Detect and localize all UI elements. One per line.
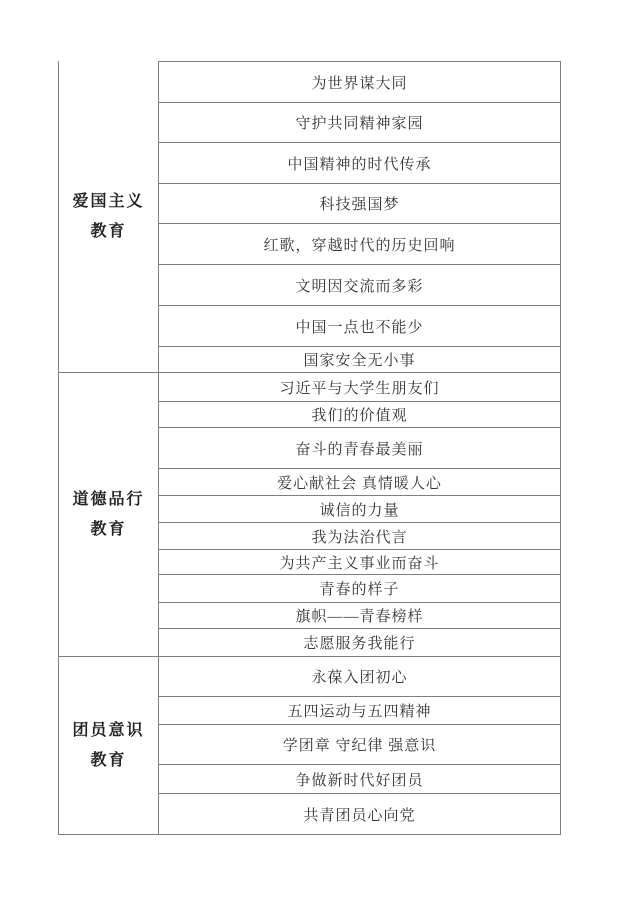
- table-row: 中国精神的时代传承: [159, 143, 560, 184]
- item-text: 奋斗的青春最美丽: [295, 438, 423, 459]
- item-text: 中国一点也不能少: [295, 316, 423, 337]
- item-text: 为世界谋大同: [311, 72, 407, 93]
- section-rows: 为世界谋大同 守护共同精神家园 中国精神的时代传承 科技强国梦 红歌，穿越时代的…: [159, 61, 560, 372]
- item-text: 我为法治代言: [311, 526, 407, 547]
- item-text: 国家安全无小事: [303, 349, 415, 370]
- education-themes-table: 爱国主义 教育 为世界谋大同 守护共同精神家园 中国精神的时代传承 科技强国梦 …: [58, 61, 561, 835]
- table-row: 永葆入团初心: [159, 657, 560, 697]
- table-row: 青春的样子: [159, 575, 560, 603]
- item-text: 爱心献社会 真情暖人心: [277, 472, 442, 493]
- table-row: 旗帜——青春榜样: [159, 603, 560, 629]
- table-row: 共青团员心向党: [159, 794, 560, 834]
- item-text: 共青团员心向党: [303, 804, 415, 825]
- document-page: 爱国主义 教育 为世界谋大同 守护共同精神家园 中国精神的时代传承 科技强国梦 …: [0, 0, 634, 897]
- category-name-line1: 道德品行: [72, 485, 144, 515]
- item-text: 红歌，穿越时代的历史回响: [263, 234, 455, 255]
- table-row: 争做新时代好团员: [159, 765, 560, 794]
- table-section: 团员意识 教育 永葆入团初心 五四运动与五四精神 学团章 守纪律 强意识 争做新…: [59, 657, 560, 834]
- section-rows: 永葆入团初心 五四运动与五四精神 学团章 守纪律 强意识 争做新时代好团员 共青…: [159, 657, 560, 834]
- table-row: 五四运动与五四精神: [159, 697, 560, 725]
- category-cell: 道德品行 教育: [59, 373, 159, 656]
- item-text: 为共产主义事业而奋斗: [279, 552, 439, 573]
- item-text: 永葆入团初心: [311, 666, 407, 687]
- category-cell: 爱国主义 教育: [59, 61, 159, 372]
- table-row: 我为法治代言: [159, 523, 560, 550]
- table-row: 为世界谋大同: [159, 62, 560, 103]
- table-row: 国家安全无小事: [159, 347, 560, 372]
- item-text: 我们的价值观: [311, 404, 407, 425]
- table-row: 奋斗的青春最美丽: [159, 428, 560, 469]
- item-text: 诚信的力量: [319, 499, 399, 520]
- table-row: 诚信的力量: [159, 496, 560, 523]
- item-text: 守护共同精神家园: [295, 112, 423, 133]
- table-row: 习近平与大学生朋友们: [159, 373, 560, 402]
- table-row: 中国一点也不能少: [159, 306, 560, 347]
- category-cell: 团员意识 教育: [59, 657, 159, 834]
- table-row: 科技强国梦: [159, 184, 560, 224]
- item-text: 争做新时代好团员: [295, 769, 423, 790]
- item-text: 科技强国梦: [319, 193, 399, 214]
- item-text: 习近平与大学生朋友们: [279, 377, 439, 398]
- section-rows: 习近平与大学生朋友们 我们的价值观 奋斗的青春最美丽 爱心献社会 真情暖人心 诚…: [159, 373, 560, 656]
- table-row: 我们的价值观: [159, 402, 560, 428]
- table-row: 为共产主义事业而奋斗: [159, 550, 560, 575]
- item-text: 旗帜——青春榜样: [295, 605, 423, 626]
- item-text: 青春的样子: [319, 578, 399, 599]
- item-text: 五四运动与五四精神: [287, 700, 431, 721]
- item-text: 文明因交流而多彩: [295, 275, 423, 296]
- table-section: 道德品行 教育 习近平与大学生朋友们 我们的价值观 奋斗的青春最美丽 爱心献社会…: [59, 373, 560, 657]
- table-row: 学团章 守纪律 强意识: [159, 725, 560, 765]
- category-name-line2: 教育: [90, 515, 126, 545]
- table-row: 爱心献社会 真情暖人心: [159, 469, 560, 496]
- table-row: 守护共同精神家园: [159, 103, 560, 143]
- category-name-line1: 团员意识: [72, 716, 144, 746]
- table-row: 红歌，穿越时代的历史回响: [159, 224, 560, 265]
- item-text: 志愿服务我能行: [303, 632, 415, 653]
- table-section: 爱国主义 教育 为世界谋大同 守护共同精神家园 中国精神的时代传承 科技强国梦 …: [59, 61, 560, 373]
- category-name-line2: 教育: [90, 217, 126, 247]
- item-text: 中国精神的时代传承: [287, 153, 431, 174]
- item-text: 学团章 守纪律 强意识: [283, 734, 437, 755]
- table-row: 文明因交流而多彩: [159, 265, 560, 306]
- table-row: 志愿服务我能行: [159, 629, 560, 656]
- category-name-line1: 爱国主义: [72, 187, 144, 217]
- category-name-line2: 教育: [90, 746, 126, 776]
